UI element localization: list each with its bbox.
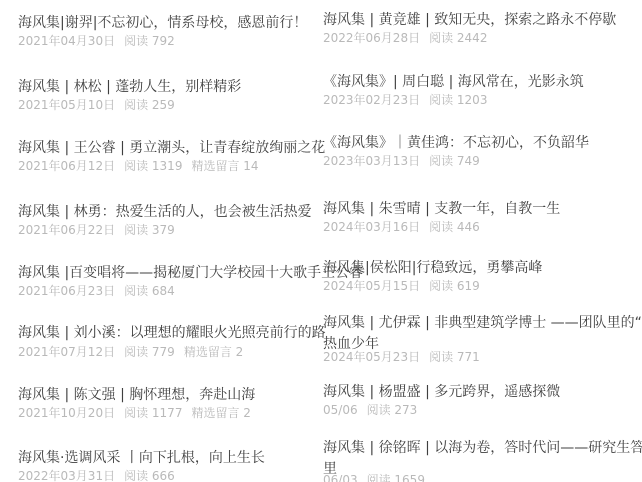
article-meta: 2021年05月10日阅读 259 xyxy=(18,98,175,112)
article-comment-count: 精选留言 14 xyxy=(191,159,258,173)
article-meta: 06/03阅读 1659 xyxy=(323,473,425,482)
article-date: 06/03 xyxy=(323,473,358,482)
article-meta: 2021年07月12日阅读 779精选留言 2 xyxy=(18,345,243,359)
article-title: 海风集 | 尤伊霖 | 非典型建筑学博士 ——团队里的“大家长”，笃热血少年 xyxy=(323,313,642,355)
article-read-count: 阅读 771 xyxy=(429,350,480,364)
article-date: 2021年05月10日 xyxy=(18,98,115,112)
article-title: 海风集|侯松阳|行稳致远，勇攀高峰 xyxy=(323,258,642,279)
article-title-line: 《海风集》| 周白聪 | 海风常在，光影永筑 xyxy=(323,72,642,93)
article-title-line: 海风集 | 王公睿 | 勇立潮头，让青春绽放绚丽之花 xyxy=(18,138,318,159)
article-column-right: 海风集 | 黄竞雄 | 致知无央，探索之路永不停歇2022年06月28日阅读 2… xyxy=(323,0,642,482)
article-meta: 2021年04月30日阅读 792 xyxy=(18,34,175,48)
article-read-count: 阅读 1177 xyxy=(124,406,182,420)
article-date: 2021年04月30日 xyxy=(18,34,115,48)
article-read-count: 阅读 666 xyxy=(124,469,175,482)
article-item[interactable]: 海风集 | 林勇：热爱生活的人，也会被生活热爱2021年06月22日阅读 379 xyxy=(18,202,318,223)
article-title-line: 海风集 | 陈文强 | 胸怀理想，奔赴山海 xyxy=(18,385,318,406)
article-date: 2022年06月28日 xyxy=(323,31,420,45)
article-date: 2021年06月12日 xyxy=(18,159,115,173)
article-item[interactable]: 海风集 | 尤伊霖 | 非典型建筑学博士 ——团队里的“大家长”，笃热血少年20… xyxy=(323,313,642,355)
article-meta: 2021年06月12日阅读 1319精选留言 14 xyxy=(18,159,259,173)
article-item[interactable]: 海风集·选调风采 丨向下扎根，向上生长2022年03月31日阅读 666 xyxy=(18,448,318,469)
article-meta: 05/06阅读 273 xyxy=(323,403,417,417)
article-list-page: 海风集|谢羿|不忘初心，情系母校，感恩前行！2021年04月30日阅读 792海… xyxy=(0,0,642,482)
article-date: 2023年02月23日 xyxy=(323,93,420,107)
article-title-line: 海风集|谢羿|不忘初心，情系母校，感恩前行！ xyxy=(18,13,318,34)
article-date: 2024年05月15日 xyxy=(323,279,420,293)
article-read-count: 阅读 273 xyxy=(367,403,418,417)
article-read-count: 阅读 779 xyxy=(124,345,175,359)
article-date: 05/06 xyxy=(323,403,358,417)
article-read-count: 阅读 379 xyxy=(124,223,175,237)
article-title: 海风集 | 黄竞雄 | 致知无央，探索之路永不停歇 xyxy=(323,10,642,31)
article-title: 海风集 | 陈文强 | 胸怀理想，奔赴山海 xyxy=(18,385,318,406)
article-item[interactable]: 海风集 | 黄竞雄 | 致知无央，探索之路永不停歇2022年06月28日阅读 2… xyxy=(323,10,642,31)
article-item[interactable]: 《海风集》｜黄佳鸿：不忘初心，不负韶华2023年03月13日阅读 749 xyxy=(323,133,642,154)
article-item[interactable]: 海风集 | 陈文强 | 胸怀理想，奔赴山海2021年10月20日阅读 1177精… xyxy=(18,385,318,406)
article-read-count: 阅读 1203 xyxy=(429,93,487,107)
article-title: 海风集 | 朱雪晴 | 支教一年，自教一生 xyxy=(323,199,642,220)
article-read-count: 阅读 259 xyxy=(124,98,175,112)
article-date: 2021年06月23日 xyxy=(18,284,115,298)
article-read-count: 阅读 684 xyxy=(124,284,175,298)
article-meta: 2023年02月23日阅读 1203 xyxy=(323,93,487,107)
article-item[interactable]: 海风集 |百变唱将——揭秘厦门大学校园十大歌手王公睿2021年06月23日阅读 … xyxy=(18,263,318,284)
article-title-line: 海风集 | 尤伊霖 | 非典型建筑学博士 ——团队里的“大家长”，笃 xyxy=(323,313,642,334)
article-item[interactable]: 海风集|侯松阳|行稳致远，勇攀高峰2024年05月15日阅读 619 xyxy=(323,258,642,279)
article-title-line: 海风集 | 林松 | 蓬勃人生，别样精彩 xyxy=(18,77,318,98)
article-item[interactable]: 海风集 | 杨盟盛 | 多元跨界，遥感探微05/06阅读 273 xyxy=(323,382,642,403)
article-item[interactable]: 海风集|谢羿|不忘初心，情系母校，感恩前行！2021年04月30日阅读 792 xyxy=(18,13,318,34)
article-date: 2024年03月16日 xyxy=(323,220,420,234)
article-title: 海风集 | 林松 | 蓬勃人生，别样精彩 xyxy=(18,77,318,98)
article-item[interactable]: 海风集 | 林松 | 蓬勃人生，别样精彩2021年05月10日阅读 259 xyxy=(18,77,318,98)
article-meta: 2024年05月15日阅读 619 xyxy=(323,279,480,293)
article-read-count: 阅读 446 xyxy=(429,220,480,234)
article-title: 《海风集》| 周白聪 | 海风常在，光影永筑 xyxy=(323,72,642,93)
article-title-line: 《海风集》｜黄佳鸿：不忘初心，不负韶华 xyxy=(323,133,642,154)
article-title-line: 海风集 | 徐铭晖 | 以海为卷，答时代问——研究生答卷，不止在 xyxy=(323,438,642,459)
article-meta: 2021年10月20日阅读 1177精选留言 2 xyxy=(18,406,251,420)
article-title-line: 海风集|侯松阳|行稳致远，勇攀高峰 xyxy=(323,258,642,279)
article-title-line: 海风集 | 林勇：热爱生活的人，也会被生活热爱 xyxy=(18,202,318,223)
article-title: 海风集·选调风采 丨向下扎根，向上生长 xyxy=(18,448,318,469)
article-meta: 2024年05月23日阅读 771 xyxy=(323,350,480,364)
article-comment-count: 精选留言 2 xyxy=(184,345,243,359)
article-comment-count: 精选留言 2 xyxy=(191,406,250,420)
article-column-left: 海风集|谢羿|不忘初心，情系母校，感恩前行！2021年04月30日阅读 792海… xyxy=(18,0,318,482)
article-read-count: 阅读 749 xyxy=(429,154,480,168)
article-meta: 2023年03月13日阅读 749 xyxy=(323,154,480,168)
article-meta: 2021年06月22日阅读 379 xyxy=(18,223,175,237)
article-meta: 2021年06月23日阅读 684 xyxy=(18,284,175,298)
article-title-line: 海风集 | 杨盟盛 | 多元跨界，遥感探微 xyxy=(323,382,642,403)
article-title-line: 海风集 | 黄竞雄 | 致知无央，探索之路永不停歇 xyxy=(323,10,642,31)
article-title: 海风集 | 林勇：热爱生活的人，也会被生活热爱 xyxy=(18,202,318,223)
article-date: 2021年07月12日 xyxy=(18,345,115,359)
article-date: 2021年06月22日 xyxy=(18,223,115,237)
article-date: 2021年10月20日 xyxy=(18,406,115,420)
article-title: 海风集 | 王公睿 | 勇立潮头，让青春绽放绚丽之花 xyxy=(18,138,318,159)
article-meta: 2024年03月16日阅读 446 xyxy=(323,220,480,234)
article-title-line: 海风集·选调风采 丨向下扎根，向上生长 xyxy=(18,448,318,469)
article-read-count: 阅读 2442 xyxy=(429,31,487,45)
article-title-line: 海风集 |百变唱将——揭秘厦门大学校园十大歌手王公睿 xyxy=(18,263,318,284)
article-title: 《海风集》｜黄佳鸿：不忘初心，不负韶华 xyxy=(323,133,642,154)
article-title: 海风集 |百变唱将——揭秘厦门大学校园十大歌手王公睿 xyxy=(18,263,318,284)
article-date: 2022年03月31日 xyxy=(18,469,115,482)
article-title: 海风集 | 刘小溪：以理想的耀眼火光照亮前行的路 xyxy=(18,323,318,344)
article-title: 海风集|谢羿|不忘初心，情系母校，感恩前行！ xyxy=(18,13,318,34)
article-read-count: 阅读 619 xyxy=(429,279,480,293)
article-item[interactable]: 海风集 | 王公睿 | 勇立潮头，让青春绽放绚丽之花2021年06月12日阅读 … xyxy=(18,138,318,159)
article-title-line: 海风集 | 朱雪晴 | 支教一年，自教一生 xyxy=(323,199,642,220)
article-meta: 2022年03月31日阅读 666 xyxy=(18,469,175,482)
article-date: 2023年03月13日 xyxy=(323,154,420,168)
article-read-count: 阅读 1319 xyxy=(124,159,182,173)
article-title-line: 海风集 | 刘小溪：以理想的耀眼火光照亮前行的路 xyxy=(18,323,318,344)
article-item[interactable]: 海风集 | 朱雪晴 | 支教一年，自教一生2024年03月16日阅读 446 xyxy=(323,199,642,220)
article-date: 2024年05月23日 xyxy=(323,350,420,364)
article-meta: 2022年06月28日阅读 2442 xyxy=(323,31,487,45)
article-item[interactable]: 《海风集》| 周白聪 | 海风常在，光影永筑2023年02月23日阅读 1203 xyxy=(323,72,642,93)
article-item[interactable]: 海风集 | 刘小溪：以理想的耀眼火光照亮前行的路2021年07月12日阅读 77… xyxy=(18,323,318,344)
article-item[interactable]: 海风集 | 徐铭晖 | 以海为卷，答时代问——研究生答卷，不止在里06/03阅读… xyxy=(323,438,642,480)
article-read-count: 阅读 1659 xyxy=(367,473,425,482)
article-title: 海风集 | 杨盟盛 | 多元跨界，遥感探微 xyxy=(323,382,642,403)
article-read-count: 阅读 792 xyxy=(124,34,175,48)
